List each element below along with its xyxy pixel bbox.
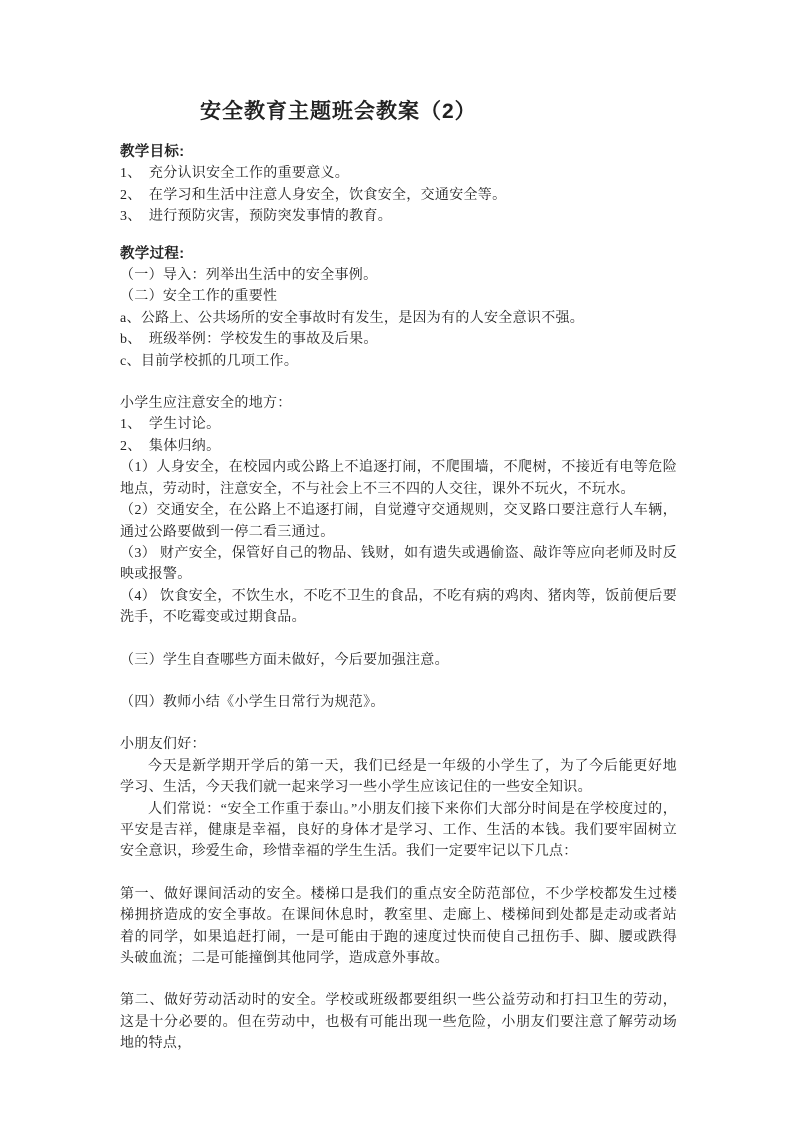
doc-heading: 教学目标:: [120, 142, 677, 163]
doc-line: （四）教师小结《小学生日常行为规范》。: [120, 692, 677, 713]
doc-line: 1、 充分认识安全工作的重要意义。: [120, 163, 677, 184]
document-title: 安全教育主题班会教案（2）: [200, 98, 677, 126]
doc-line: b、 班级举例：学校发生的事故及后果。: [120, 329, 677, 350]
paragraph-spacer: [120, 372, 677, 393]
doc-line: （一）导入：列举出生活中的安全事例。: [120, 265, 677, 286]
doc-line: 小学生应注意安全的地方：: [120, 393, 677, 414]
document-body: 安全教育主题班会教案（2） 教学目标:1、 充分认识安全工作的重要意义。2、 在…: [120, 98, 677, 1055]
doc-paragraph: （2）交通安全，在公路上不追逐打闹，自觉遵守交通规则，交叉路口要注意行人车辆，通…: [120, 500, 677, 543]
doc-line: 1、 学生讨论。: [120, 414, 677, 435]
paragraph-spacer: [120, 713, 677, 734]
doc-line: （二）安全工作的重要性: [120, 286, 677, 307]
paragraph-spacer: [120, 671, 677, 692]
doc-line: 2、 集体归纳。: [120, 436, 677, 457]
doc-paragraph: 第二、做好劳动活动时的安全。学校或班级都要组织一些公益劳动和打扫卫生的劳动，这是…: [120, 990, 677, 1054]
doc-line: c、目前学校抓的几项工作。: [120, 351, 677, 372]
doc-paragraph: 人们常说：“安全工作重于泰山。”小朋友们接下来你们大部分时间是在学校度过的，平安…: [120, 799, 677, 863]
paragraph-spacer: [120, 863, 677, 884]
doc-paragraph: （1）人身安全，在校园内或公路上不追逐打闹，不爬围墙，不爬树，不接近有电等危险地…: [120, 457, 677, 500]
doc-paragraph: 第一、做好课间活动的安全。楼梯口是我们的重点安全防范部位，不少学校都发生过楼梯拥…: [120, 884, 677, 970]
doc-line: 3、 进行预防灾害，预防突发事情的教育。: [120, 206, 677, 227]
paragraph-spacer: [120, 228, 677, 244]
doc-paragraph: 今天是新学期开学后的第一天，我们已经是一年级的小学生了，为了今后能更好地学习、生…: [120, 756, 677, 799]
doc-line: 小朋友们好：: [120, 734, 677, 755]
doc-line: （三）学生自查哪些方面未做好，今后要加强注意。: [120, 650, 677, 671]
doc-heading: 教学过程:: [120, 244, 677, 265]
doc-line: a、公路上、公共场所的安全事故时有发生，是因为有的人安全意识不强。: [120, 308, 677, 329]
document-page: 安全教育主题班会教案（2） 教学目标:1、 充分认识安全工作的重要意义。2、 在…: [0, 0, 793, 1122]
doc-paragraph: （4） 饮食安全，不饮生水，不吃不卫生的食品，不吃有病的鸡肉、猪肉等，饭前便后要…: [120, 586, 677, 629]
paragraph-spacer: [120, 629, 677, 650]
doc-line: 2、 在学习和生活中注意人身安全，饮食安全，交通安全等。: [120, 185, 677, 206]
doc-paragraph: （3） 财产安全，保管好自己的物品、钱财，如有遗失或遇偷盗、敲诈等应向老师及时反…: [120, 543, 677, 586]
paragraph-spacer: [120, 969, 677, 990]
document-blocks: 教学目标:1、 充分认识安全工作的重要意义。2、 在学习和生活中注意人身安全，饮…: [120, 142, 677, 1055]
